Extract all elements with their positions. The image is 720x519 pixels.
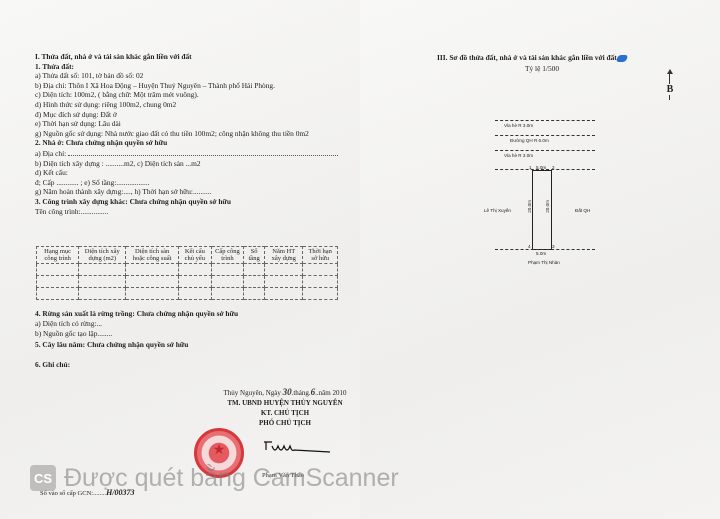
table-header-row: Hạng mục công trìnhDiện tích xây dựng (m…	[37, 247, 338, 264]
issuing-org: TM. UBND HUYỆN THỦY NGUYÊN	[200, 398, 370, 408]
column-header: Diện tích sàn hoặc công suất	[126, 247, 179, 264]
forest-origin: b) Nguồn gốc tạo lập........	[35, 329, 238, 339]
table-cell	[178, 288, 211, 300]
table-cell	[178, 264, 211, 276]
bottom-edge-length: 5.0m	[536, 251, 546, 256]
column-header: Kết cấu chủ yếu	[178, 247, 211, 264]
usage-origin: g) Nguồn gốc sử dụng: Nhà nước giao đất …	[35, 129, 355, 139]
table-cell	[303, 264, 338, 276]
forest-area: a) Diện tích có rừng:...	[35, 319, 238, 329]
signer-title-1: KT. CHỦ TỊCH	[200, 408, 370, 418]
land-plot-heading: 1. Thửa đất:	[35, 62, 355, 72]
left-edge-length: 20.0m	[527, 200, 532, 213]
section-6-heading: 6. Ghi chú:	[35, 360, 238, 370]
column-header: Hạng mục công trình	[37, 247, 79, 264]
column-header: Cấp công trình	[211, 247, 243, 264]
table-cell	[178, 276, 211, 288]
usage-form: d) Hình thức sử dụng: riêng 100m2, chung…	[35, 100, 355, 110]
table-cell	[37, 276, 79, 288]
south-neighbor: Phạm Thị Nhàn	[528, 260, 560, 265]
right-edge-length: 20.0m	[545, 200, 550, 213]
house-level: đ; Cấp ............ ; e) Số tầng:.......…	[35, 178, 355, 188]
top-edge-length: 5.0m	[536, 165, 546, 170]
house-area: b) Diện tích xây dựng : ..........m2, c)…	[35, 159, 355, 169]
camscanner-watermark: CS Được quét bằng CamScanner	[30, 463, 399, 493]
plot-diagram: Vỉa hè R 3.0m Đường QH R 6.0m Vỉa hè R 3…	[480, 112, 630, 272]
area: c) Diện tích: 100m2, ( bằng chữ: Một tră…	[35, 90, 355, 100]
table-row	[37, 264, 338, 276]
section-4-heading: 4. Rừng sản xuất là rừng trồng: Chưa chứ…	[35, 309, 238, 319]
corner-1: 1	[529, 165, 532, 170]
table-cell	[244, 288, 265, 300]
corner-2: 2	[552, 165, 555, 170]
camscanner-logo-icon: CS	[30, 465, 56, 491]
map-heading: III. Sơ đồ thửa đất, nhà ở và tài sản kh…	[437, 53, 627, 62]
table-cell	[79, 288, 126, 300]
column-header: Thời hạn sở hữu	[303, 247, 338, 264]
table-cell	[211, 264, 243, 276]
table-cell	[244, 264, 265, 276]
section-3-heading: 3. Công trình xây dựng khác: Chưa chứng …	[35, 197, 355, 207]
bottom-sidewalk-label: Vỉa hè R 3.0m	[504, 153, 533, 158]
table-cell	[37, 264, 79, 276]
table-cell	[303, 276, 338, 288]
north-arrow-icon: B	[664, 72, 676, 102]
table-cell	[265, 288, 303, 300]
column-header: Năm HT xây dựng	[265, 247, 303, 264]
house-completion: g) Năm hoàn thành xây dựng:...., h) Thời…	[35, 187, 355, 197]
table-cell	[265, 276, 303, 288]
table-cell	[265, 264, 303, 276]
signature-block: Thủy Nguyên, Ngày 30.tháng.6..năm 2010 T…	[200, 387, 370, 428]
table-row	[37, 276, 338, 288]
table-cell	[79, 264, 126, 276]
other-assets-section: 4. Rừng sản xuất là rừng trồng: Chưa chứ…	[35, 309, 238, 370]
table-cell	[244, 276, 265, 288]
table-row	[37, 288, 338, 300]
house-address: a) Địa chỉ:	[35, 148, 355, 159]
section-1-heading: I. Thửa đất, nhà ở và tài sản khác gắn l…	[35, 52, 355, 62]
watermark-text: Được quét bằng CamScanner	[64, 464, 399, 493]
section-2-heading: 2. Nhà ở: Chưa chứng nhận quyền sở hữu	[35, 138, 355, 148]
signer-title-2: PHÓ CHỦ TỊCH	[200, 418, 370, 428]
table-cell	[37, 288, 79, 300]
works-name: Tên công trình:...............	[35, 207, 355, 217]
table-cell	[303, 288, 338, 300]
signature-icon	[262, 440, 332, 458]
ink-mark-icon	[615, 55, 628, 62]
west-neighbor: Lê Thị Xuyến	[484, 208, 511, 213]
top-sidewalk-label: Vỉa hè R 3.0m	[504, 123, 533, 128]
table-cell	[126, 264, 179, 276]
land-info-section: I. Thửa đất, nhà ở và tài sản khác gắn l…	[35, 52, 355, 216]
road-label: Đường QH R 6.0m	[510, 138, 549, 143]
issue-date: Thủy Nguyên, Ngày 30.tháng.6..năm 2010	[200, 387, 370, 398]
section-5-heading: 5. Cây lâu năm: Chưa chứng nhận quyền sở…	[35, 340, 238, 350]
east-neighbor: Đất QH	[575, 208, 590, 213]
left-page: I. Thửa đất, nhà ở và tài sản khác gắn l…	[0, 0, 360, 519]
column-header: Diện tích xây dựng (m2)	[79, 247, 126, 264]
address: b) Địa chỉ: Thôn I Xã Hoa Động – Huyện T…	[35, 81, 355, 91]
table-cell	[126, 288, 179, 300]
map-scale: Tỷ lệ 1/500	[525, 64, 559, 73]
usage-term: e) Thời hạn sử dụng: Lâu dài	[35, 119, 355, 129]
table-cell	[211, 276, 243, 288]
usage-purpose: đ) Mục đích sử dụng: Đất ở	[35, 110, 355, 120]
house-structure: d) Kết cấu:	[35, 168, 355, 178]
plot-number: a) Thửa đất số: 101, tờ bản đồ số: 02	[35, 71, 355, 81]
column-header: Số tầng	[244, 247, 265, 264]
works-table: Hạng mục công trìnhDiện tích xây dựng (m…	[36, 246, 338, 300]
table-cell	[211, 288, 243, 300]
table-cell	[79, 276, 126, 288]
table-cell	[126, 276, 179, 288]
